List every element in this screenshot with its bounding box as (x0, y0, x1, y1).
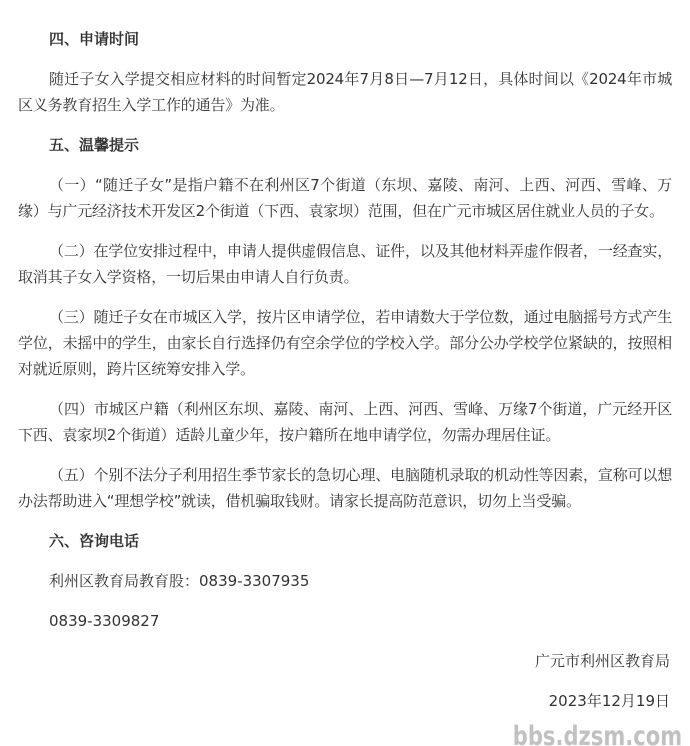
contact-phone-2: 0839-3309827 (18, 608, 672, 634)
paragraph-tip-5: （五）个别不法分子利用招生季节家长的急切心理、电脑随机录取的机动性等因素，宣称可… (18, 462, 672, 514)
section-heading-tips: 五、温馨提示 (18, 132, 672, 158)
signature-date: 2023年12月19日 (18, 688, 672, 714)
paragraph-tip-1: （一）“随迁子女”是指户籍不在利州区7个街道（东坝、嘉陵、南河、上西、河西、雪峰… (18, 172, 672, 224)
section-heading-contact: 六、咨询电话 (18, 528, 672, 554)
contact-phone-1: 利州区教育局教育股：0839-3307935 (18, 568, 672, 594)
section-heading-application-time: 四、申请时间 (18, 26, 672, 52)
cropped-top-line (18, 0, 672, 12)
paragraph-tip-4: （四）市城区户籍（利州区东坝、嘉陵、南河、上西、河西、雪峰、万缘7个街道，广元经… (18, 396, 672, 448)
signature-issuer: 广元市利州区教育局 (18, 648, 672, 674)
paragraph-tip-3: （三）随迁子女在市城区入学，按片区申请学位，若申请数大于学位数，通过电脑摇号方式… (18, 304, 672, 382)
article-body: 四、申请时间 随迁子女入学提交相应材料的时间暂定2024年7月8日—7月12日，… (18, 0, 672, 728)
paragraph-tip-2: （二）在学位安排过程中，申请人提供虚假信息、证件，以及其他材料弄虚作假者，一经查… (18, 238, 672, 290)
paragraph-application-time: 随迁子女入学提交相应材料的时间暂定2024年7月8日—7月12日，具体时间以《2… (18, 66, 672, 118)
